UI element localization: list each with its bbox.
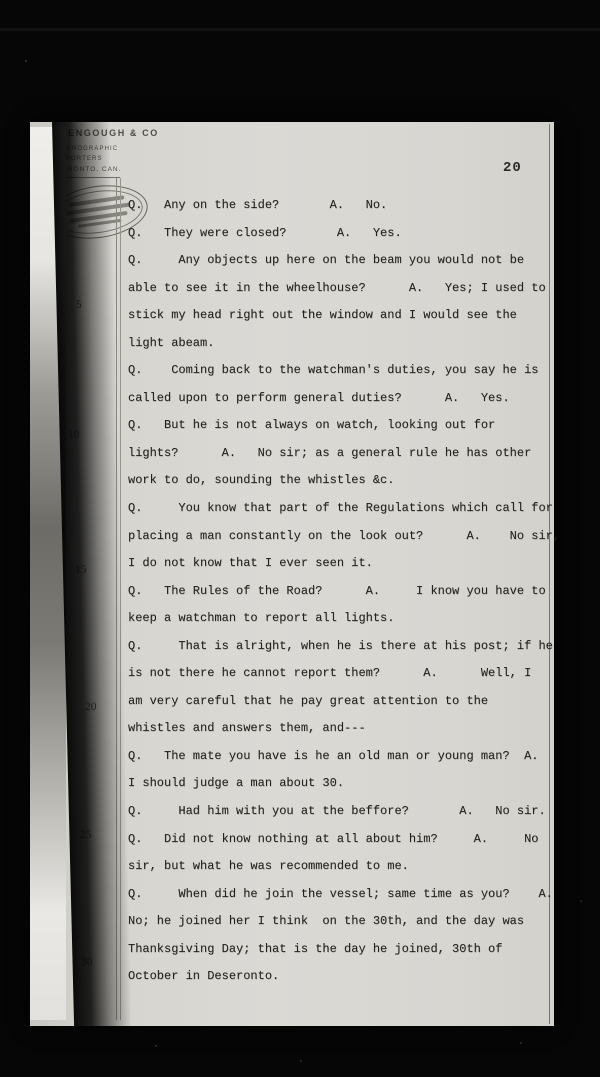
transcript-line: am very careful that he pay great attent… bbox=[128, 688, 558, 716]
transcript-line: stick my head right out the window and I… bbox=[128, 302, 558, 330]
transcript-line: sir, but what he was recommended to me. bbox=[128, 853, 558, 881]
transcript-line: No; he joined her I think on the 30th, a… bbox=[128, 908, 558, 936]
transcript-line: is not there he cannot report them? A. W… bbox=[128, 660, 558, 688]
dust-specks bbox=[25, 60, 27, 62]
page-number: 20 bbox=[503, 160, 522, 176]
transcript-line: October in Deseronto. bbox=[128, 963, 558, 991]
transcript-line: Q. They were closed? A. Yes. bbox=[128, 220, 558, 248]
transcript-line: Q. Did not know nothing at all about him… bbox=[128, 826, 558, 854]
film-edge-line bbox=[0, 28, 600, 31]
transcript-line: lights? A. No sir; as a general rule he … bbox=[128, 440, 558, 468]
transcript-line: Q. Any objects up here on the beam you w… bbox=[128, 247, 558, 275]
transcript-line: I do not know that I ever seen it. bbox=[128, 550, 558, 578]
transcript-line: Q. The Rules of the Road? A. I know you … bbox=[128, 578, 558, 606]
transcript-line: Q. Any on the side? A. No. bbox=[128, 192, 558, 220]
transcript-line: Q. Coming back to the watchman's duties,… bbox=[128, 357, 558, 385]
transcript-line: whistles and answers them, and--- bbox=[128, 715, 558, 743]
transcript-line: able to see it in the wheelhouse? A. Yes… bbox=[128, 275, 558, 303]
transcript-line: light abeam. bbox=[128, 330, 558, 358]
transcript-line: placing a man constantly on the look out… bbox=[128, 523, 558, 551]
transcript-line: I should judge a man about 30. bbox=[128, 770, 558, 798]
transcript-line: Thanksgiving Day; that is the day he joi… bbox=[128, 936, 558, 964]
transcript-line: Q. That is alright, when he is there at … bbox=[128, 633, 558, 661]
transcript-line: keep a watchman to report all lights. bbox=[128, 605, 558, 633]
transcript-line: Q. When did he join the vessel; same tim… bbox=[128, 881, 558, 909]
transcript-line: Q. You know that part of the Regulations… bbox=[128, 495, 558, 523]
transcript-line: work to do, sounding the whistles &c. bbox=[128, 467, 558, 495]
transcript-line: Q. Had him with you at the beffore? A. N… bbox=[128, 798, 558, 826]
transcript-line: Q. The mate you have is he an old man or… bbox=[128, 743, 558, 771]
transcript-line: Q. But he is not always on watch, lookin… bbox=[128, 412, 558, 440]
scanned-photo-background: BENGOUGH & CO STENOGRAPHIC PORTERS TORON… bbox=[0, 0, 600, 1077]
transcript-line: called upon to perform general duties? A… bbox=[128, 385, 558, 413]
transcript-text-block: Q. Any on the side? A. No. Q. They were … bbox=[128, 192, 558, 991]
